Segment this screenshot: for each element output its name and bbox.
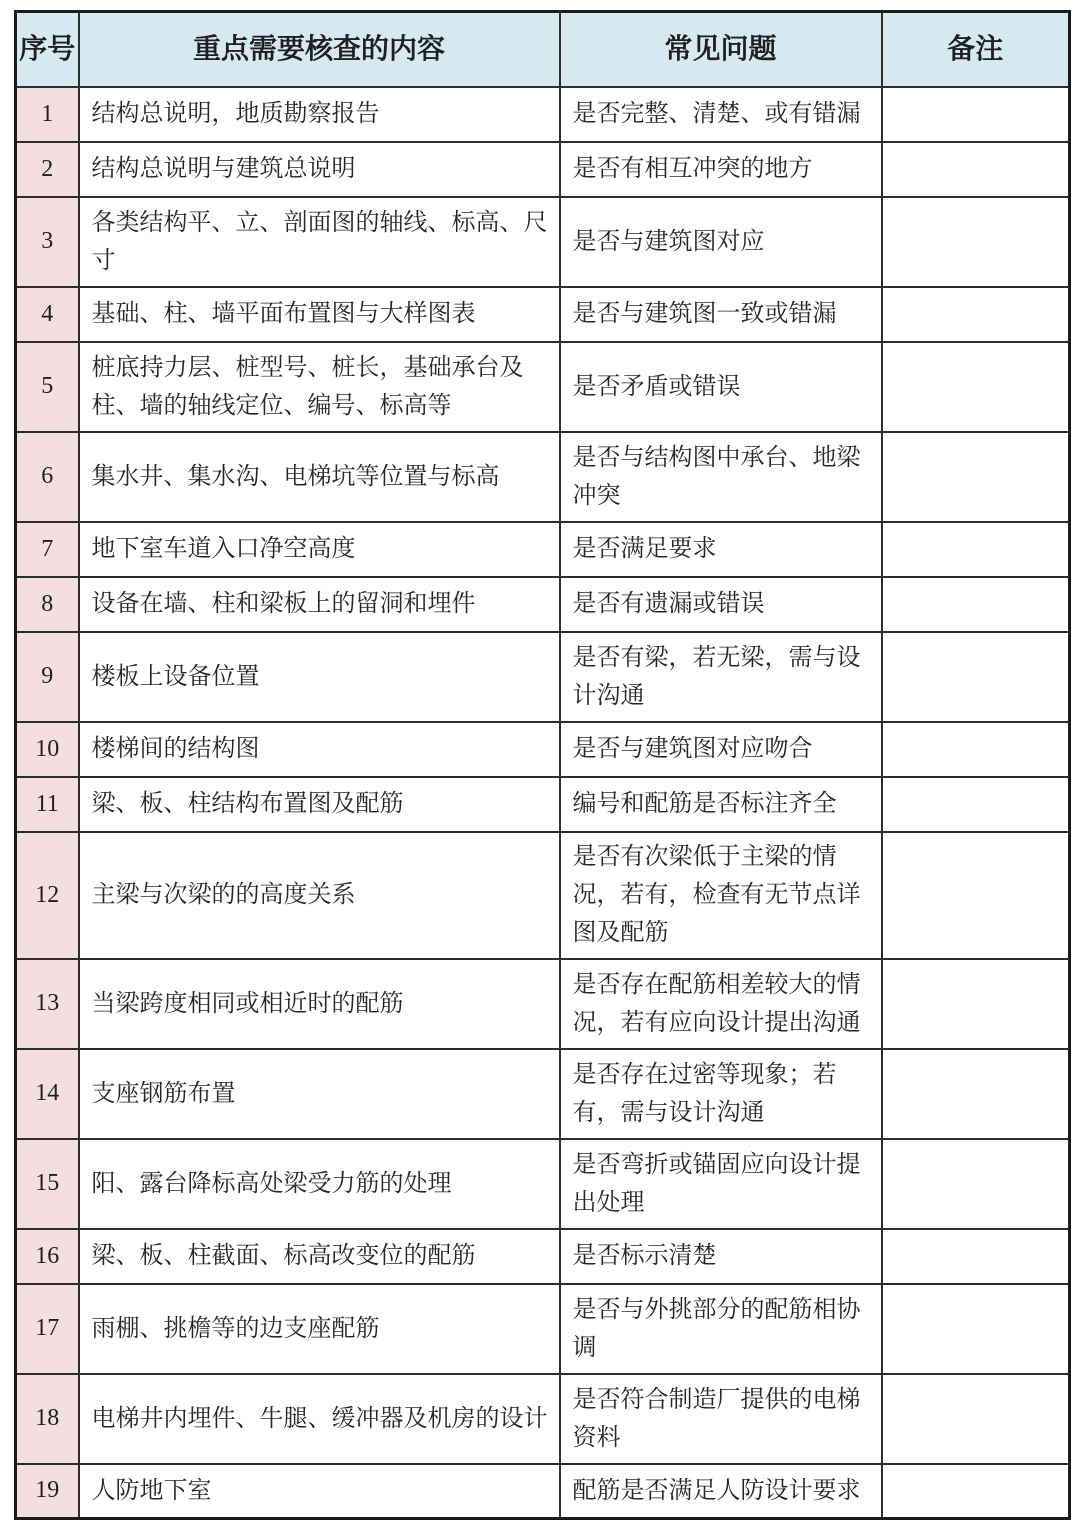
common-issue-cell: 配筋是否满足人防设计要求 <box>560 1464 882 1519</box>
table-row: 14 支座钢筋布置 是否存在过密等现象；若有，需与设计沟通 <box>16 1049 1070 1139</box>
row-number-cell: 11 <box>16 777 79 832</box>
table-row: 16 梁、板、柱截面、标高改变位的配筋 是否标示清楚 <box>16 1229 1070 1284</box>
row-number-cell: 13 <box>16 959 79 1049</box>
table-row: 19 人防地下室 配筋是否满足人防设计要求 <box>16 1464 1070 1519</box>
table-row: 7 地下室车道入口净空高度 是否满足要求 <box>16 522 1070 577</box>
remark-cell <box>882 342 1070 432</box>
table-row: 4 基础、柱、墙平面布置图与大样图表 是否与建筑图一致或错漏 <box>16 287 1070 342</box>
check-content-cell: 主梁与次梁的的高度关系 <box>79 832 560 959</box>
table-row: 5 桩底持力层、桩型号、桩长，基础承台及柱、墙的轴线定位、编号、标高等 是否矛盾… <box>16 342 1070 432</box>
remark-cell <box>882 1284 1070 1374</box>
row-number-cell: 8 <box>16 577 79 632</box>
header-col-remark: 备注 <box>882 12 1070 87</box>
check-content-cell: 地下室车道入口净空高度 <box>79 522 560 577</box>
remark-cell <box>882 1229 1070 1284</box>
remark-cell <box>882 832 1070 959</box>
common-issue-cell: 是否符合制造厂提供的电梯资料 <box>560 1374 882 1464</box>
row-number-cell: 9 <box>16 632 79 722</box>
common-issue-cell: 是否完整、清楚、或有错漏 <box>560 87 882 142</box>
remark-cell <box>882 577 1070 632</box>
check-content-cell: 楼板上设备位置 <box>79 632 560 722</box>
header-col-content: 重点需要核查的内容 <box>79 12 560 87</box>
table-row: 17 雨棚、挑檐等的边支座配筋 是否与外挑部分的配筋相协调 <box>16 1284 1070 1374</box>
remark-cell <box>882 1139 1070 1229</box>
remark-cell <box>882 959 1070 1049</box>
row-number-cell: 5 <box>16 342 79 432</box>
check-content-cell: 基础、柱、墙平面布置图与大样图表 <box>79 287 560 342</box>
common-issue-cell: 是否标示清楚 <box>560 1229 882 1284</box>
check-content-cell: 支座钢筋布置 <box>79 1049 560 1139</box>
row-number-cell: 7 <box>16 522 79 577</box>
table-row: 9 楼板上设备位置 是否有梁，若无梁，需与设计沟通 <box>16 632 1070 722</box>
table-row: 2 结构总说明与建筑总说明 是否有相互冲突的地方 <box>16 142 1070 197</box>
row-number-cell: 16 <box>16 1229 79 1284</box>
row-number-cell: 2 <box>16 142 79 197</box>
check-content-cell: 电梯井内埋件、牛腿、缓冲器及机房的设计 <box>79 1374 560 1464</box>
row-number-cell: 14 <box>16 1049 79 1139</box>
table-row: 18 电梯井内埋件、牛腿、缓冲器及机房的设计 是否符合制造厂提供的电梯资料 <box>16 1374 1070 1464</box>
table-row: 13 当梁跨度相同或相近时的配筋 是否存在配筋相差较大的情况，若有应向设计提出沟… <box>16 959 1070 1049</box>
common-issue-cell: 是否与外挑部分的配筋相协调 <box>560 1284 882 1374</box>
common-issue-cell: 是否有次梁低于主梁的情况，若有，检查有无节点详图及配筋 <box>560 832 882 959</box>
remark-cell <box>882 142 1070 197</box>
remark-cell <box>882 1374 1070 1464</box>
header-col-no: 序号 <box>16 12 79 87</box>
table-row: 11 梁、板、柱结构布置图及配筋 编号和配筋是否标注齐全 <box>16 777 1070 832</box>
remark-cell <box>882 432 1070 522</box>
common-issue-cell: 是否存在配筋相差较大的情况，若有应向设计提出沟通 <box>560 959 882 1049</box>
remark-cell <box>882 197 1070 287</box>
remark-cell <box>882 522 1070 577</box>
check-content-cell: 雨棚、挑檐等的边支座配筋 <box>79 1284 560 1374</box>
common-issue-cell: 是否有梁，若无梁，需与设计沟通 <box>560 632 882 722</box>
check-content-cell: 阳、露台降标高处梁受力筋的处理 <box>79 1139 560 1229</box>
remark-cell <box>882 777 1070 832</box>
common-issue-cell: 是否矛盾或错误 <box>560 342 882 432</box>
check-content-cell: 梁、板、柱结构布置图及配筋 <box>79 777 560 832</box>
remark-cell <box>882 287 1070 342</box>
table-row: 3 各类结构平、立、剖面图的轴线、标高、尺寸 是否与建筑图对应 <box>16 197 1070 287</box>
common-issue-cell: 是否与建筑图对应 <box>560 197 882 287</box>
check-content-cell: 设备在墙、柱和梁板上的留洞和埋件 <box>79 577 560 632</box>
row-number-cell: 15 <box>16 1139 79 1229</box>
row-number-cell: 19 <box>16 1464 79 1519</box>
remark-cell <box>882 722 1070 777</box>
table-row: 12 主梁与次梁的的高度关系 是否有次梁低于主梁的情况，若有，检查有无节点详图及… <box>16 832 1070 959</box>
table-row: 1 结构总说明，地质勘察报告 是否完整、清楚、或有错漏 <box>16 87 1070 142</box>
row-number-cell: 6 <box>16 432 79 522</box>
check-content-cell: 梁、板、柱截面、标高改变位的配筋 <box>79 1229 560 1284</box>
common-issue-cell: 编号和配筋是否标注齐全 <box>560 777 882 832</box>
common-issue-cell: 是否有遗漏或错误 <box>560 577 882 632</box>
remark-cell <box>882 87 1070 142</box>
check-content-cell: 集水井、集水沟、电梯坑等位置与标高 <box>79 432 560 522</box>
table-row: 15 阳、露台降标高处梁受力筋的处理 是否弯折或锚固应向设计提出处理 <box>16 1139 1070 1229</box>
common-issue-cell: 是否与结构图中承台、地梁冲突 <box>560 432 882 522</box>
common-issue-cell: 是否满足要求 <box>560 522 882 577</box>
check-content-cell: 结构总说明，地质勘察报告 <box>79 87 560 142</box>
row-number-cell: 10 <box>16 722 79 777</box>
common-issue-cell: 是否存在过密等现象；若有，需与设计沟通 <box>560 1049 882 1139</box>
check-content-cell: 桩底持力层、桩型号、桩长，基础承台及柱、墙的轴线定位、编号、标高等 <box>79 342 560 432</box>
remark-cell <box>882 1464 1070 1519</box>
header-col-issue: 常见问题 <box>560 12 882 87</box>
row-number-cell: 12 <box>16 832 79 959</box>
row-number-cell: 3 <box>16 197 79 287</box>
remark-cell <box>882 1049 1070 1139</box>
row-number-cell: 17 <box>16 1284 79 1374</box>
check-content-cell: 各类结构平、立、剖面图的轴线、标高、尺寸 <box>79 197 560 287</box>
table-row: 10 楼梯间的结构图 是否与建筑图对应吻合 <box>16 722 1070 777</box>
check-content-cell: 结构总说明与建筑总说明 <box>79 142 560 197</box>
remark-cell <box>882 632 1070 722</box>
table-row: 8 设备在墙、柱和梁板上的留洞和埋件 是否有遗漏或错误 <box>16 577 1070 632</box>
check-content-cell: 楼梯间的结构图 <box>79 722 560 777</box>
row-number-cell: 4 <box>16 287 79 342</box>
check-content-cell: 人防地下室 <box>79 1464 560 1519</box>
document-page: 序号 重点需要核查的内容 常见问题 备注 1 结构总说明，地质勘察报告 是否完整… <box>0 0 1080 1520</box>
checklist-table: 序号 重点需要核查的内容 常见问题 备注 1 结构总说明，地质勘察报告 是否完整… <box>14 10 1071 1520</box>
common-issue-cell: 是否与建筑图一致或错漏 <box>560 287 882 342</box>
row-number-cell: 1 <box>16 87 79 142</box>
row-number-cell: 18 <box>16 1374 79 1464</box>
check-content-cell: 当梁跨度相同或相近时的配筋 <box>79 959 560 1049</box>
common-issue-cell: 是否有相互冲突的地方 <box>560 142 882 197</box>
common-issue-cell: 是否与建筑图对应吻合 <box>560 722 882 777</box>
common-issue-cell: 是否弯折或锚固应向设计提出处理 <box>560 1139 882 1229</box>
table-row: 6 集水井、集水沟、电梯坑等位置与标高 是否与结构图中承台、地梁冲突 <box>16 432 1070 522</box>
header-row: 序号 重点需要核查的内容 常见问题 备注 <box>16 12 1070 87</box>
